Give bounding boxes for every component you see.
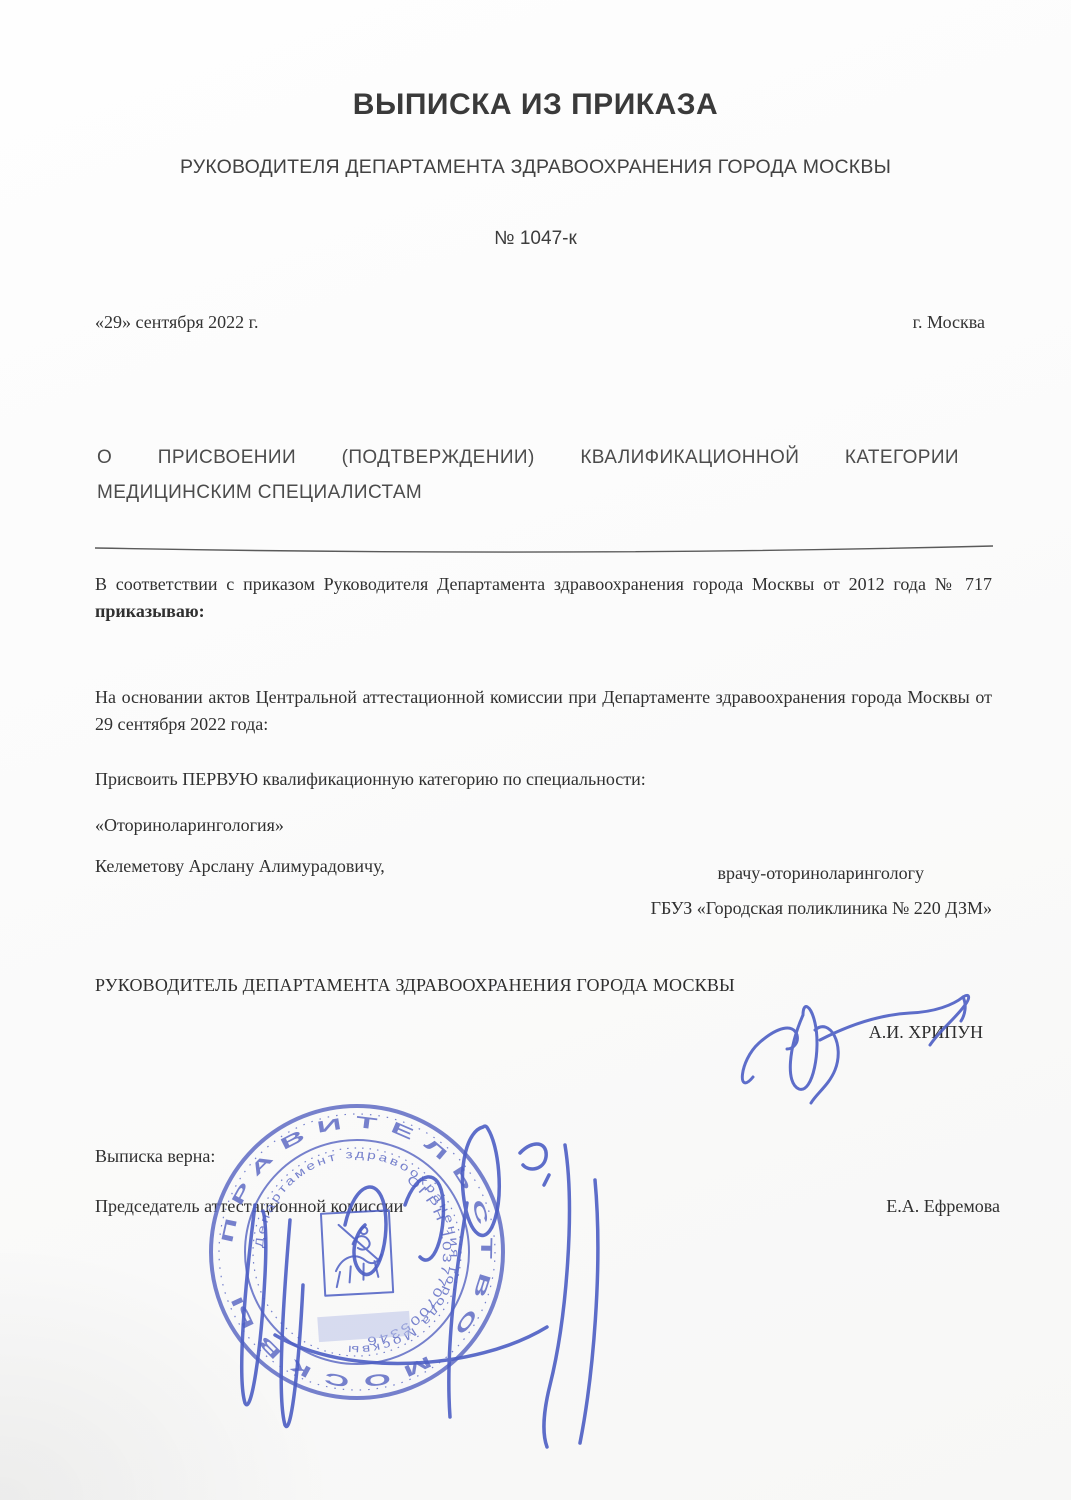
document-date: «29» сентября 2022 г. bbox=[95, 312, 259, 333]
document-issuer: РУКОВОДИТЕЛЯ ДЕПАРТАМЕНТА ЗДРАВООХРАНЕНИ… bbox=[0, 156, 1071, 179]
recipient-position: врачу-оториноларингологу ГБУЗ «Городская… bbox=[651, 856, 992, 926]
basis-bold-word: приказываю: bbox=[95, 601, 205, 621]
paragraph-grounds: На основании актов Центральной аттестаци… bbox=[95, 684, 992, 738]
position-line-2: ГБУЗ «Городская поликлиника № 220 ДЗМ» bbox=[651, 891, 992, 926]
specialty-name: «Оториноларингология» bbox=[95, 815, 284, 836]
chairman-signature bbox=[195, 1085, 665, 1460]
basis-text: В соответствии с приказом Руководителя Д… bbox=[95, 574, 992, 594]
paragraph-assign: Присвоить ПЕРВУЮ квалификационную катего… bbox=[95, 766, 992, 793]
chairman-name: Е.А. Ефремова bbox=[886, 1196, 1000, 1217]
paragraph-basis: В соответствии с приказом Руководителя Д… bbox=[95, 571, 992, 625]
document-city: г. Москва bbox=[913, 312, 985, 333]
order-number: № 1047-к bbox=[0, 228, 1071, 250]
divider-line bbox=[93, 540, 995, 558]
head-official-title: РУКОВОДИТЕЛЬ ДЕПАРТАМЕНТА ЗДРАВООХРАНЕНИ… bbox=[95, 975, 735, 996]
recipient-name: Келеметову Арслану Алимурадовичу, bbox=[95, 856, 385, 926]
scanned-document-page: ВЫПИСКА ИЗ ПРИКАЗА РУКОВОДИТЕЛЯ ДЕПАРТАМ… bbox=[0, 0, 1071, 1500]
recipient-row: Келеметову Арслану Алимурадовичу, врачу-… bbox=[95, 856, 992, 926]
document-subject: О ПРИСВОЕНИИ (ПОДТВЕРЖДЕНИИ) КВАЛИФИКАЦИ… bbox=[97, 440, 959, 510]
document-title: ВЫПИСКА ИЗ ПРИКАЗА bbox=[0, 88, 1071, 122]
head-signature bbox=[725, 985, 990, 1110]
date-city-row: «29» сентября 2022 г. г. Москва bbox=[95, 312, 985, 333]
position-line-1: врачу-оториноларингологу bbox=[651, 856, 992, 891]
